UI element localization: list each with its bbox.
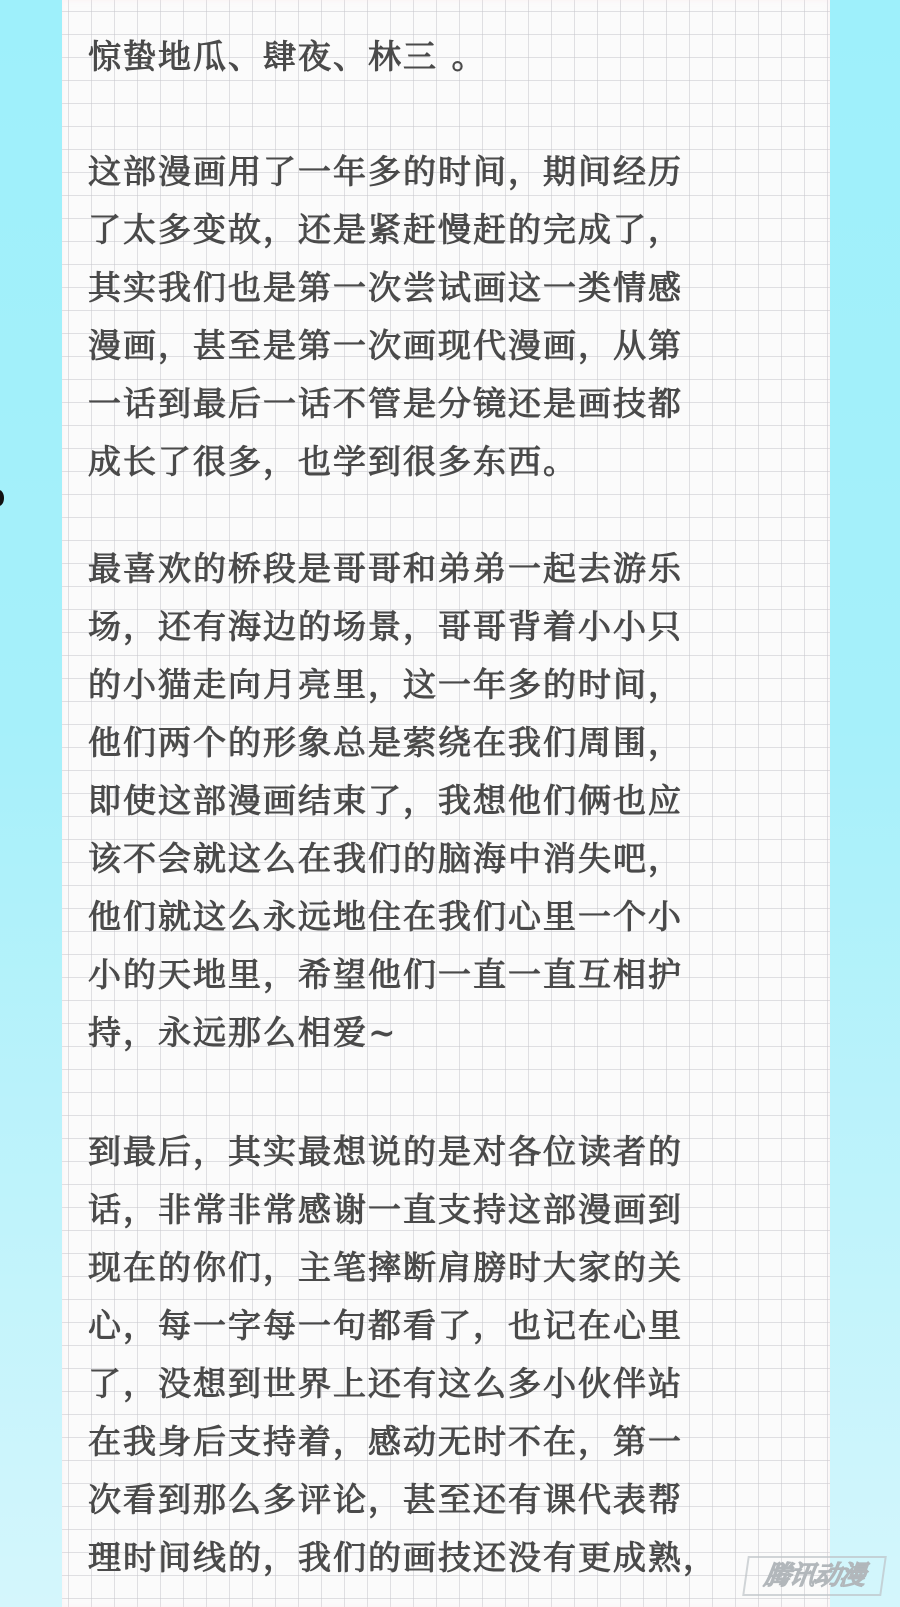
text-line: 其实我们也是第一次尝试画这一类情感 [88,259,808,317]
text-line: 惊蛰地瓜、肆夜、林三 。 [88,28,808,86]
paragraph-favorite-scenes: 最喜欢的桥段是哥哥和弟弟一起去游乐 场，还有海边的场景，哥哥背着小小只 的小猫走… [88,540,808,1062]
text-line: 这部漫画用了一年多的时间，期间经历 [88,143,808,201]
text-line: 心，每一字每一句都看了，也记在心里 [88,1297,808,1355]
text-line: 了，没想到世界上还有这么多小伙伴站 [88,1355,808,1413]
text-line: 到最后，其实最想说的是对各位读者的 [88,1123,808,1181]
tencent-comics-watermark-logo: 腾讯动漫 [742,1556,887,1596]
text-line: 持，永远那么相爱~ [88,1004,808,1062]
text-line: 了太多变故，还是紧赶慢赶的完成了， [88,201,808,259]
text-line: 的小猫走向月亮里，这一年多的时间， [88,656,808,714]
text-line: 现在的你们，主笔摔断肩膀时大家的关 [88,1239,808,1297]
text-line: 即使这部漫画结束了，我想他们俩也应 [88,772,808,830]
text-line: 在我身后支持着，感动无时不在，第一 [88,1413,808,1471]
edge-dot-decoration [0,490,4,506]
text-line: 小的天地里，希望他们一直一直互相护 [88,946,808,1004]
text-line: 漫画，甚至是第一次画现代漫画，从第 [88,317,808,375]
paragraph-production: 这部漫画用了一年多的时间，期间经历 了太多变故，还是紧赶慢赶的完成了， 其实我们… [88,143,808,491]
text-line: 一话到最后一话不管是分镜还是画技都 [88,375,808,433]
text-line: 他们就这么永远地住在我们心里一个小 [88,888,808,946]
text-line: 次看到那么多评论，甚至还有课代表帮 [88,1471,808,1529]
text-line: 理时间线的，我们的画技还没有更成熟， [88,1529,808,1587]
paragraph-credits: 惊蛰地瓜、肆夜、林三 。 [88,28,808,86]
paragraph-thanks-readers: 到最后，其实最想说的是对各位读者的 话，非常非常感谢一直支持这部漫画到 现在的你… [88,1123,808,1587]
text-line: 该不会就这么在我们的脑海中消失吧， [88,830,808,888]
text-line: 他们两个的形象总是萦绕在我们周围， [88,714,808,772]
text-line: 最喜欢的桥段是哥哥和弟弟一起去游乐 [88,540,808,598]
cut-off-text-line: 感谢助手小伙伴们的支持与帮助 [88,0,578,14]
text-line: 场，还有海边的场景，哥哥背着小小只 [88,598,808,656]
text-line: 成长了很多，也学到很多东西。 [88,433,808,491]
text-line: 话，非常非常感谢一直支持这部漫画到 [88,1181,808,1239]
